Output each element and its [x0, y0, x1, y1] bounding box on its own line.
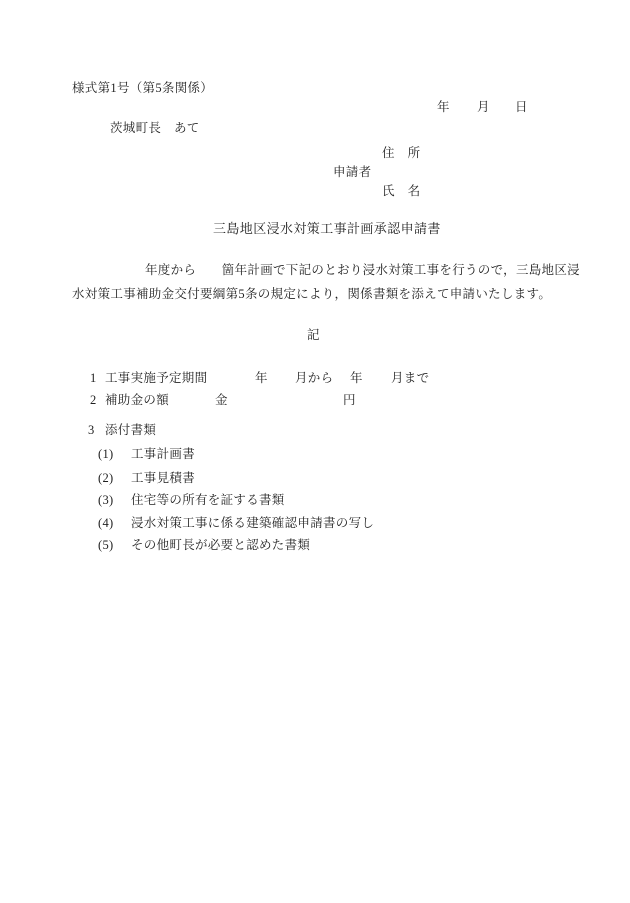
- item-2-yen-prefix-label: 金: [215, 393, 228, 407]
- attachment-2-text: 工事見積書: [131, 471, 195, 485]
- application-form-page: 様式第1号（第5条関係） 年 月 日 茨城町長 あて 住 所 申請者 氏 名 三…: [0, 0, 630, 903]
- page-title: 三島地区浸水対策工事計画承認申請書: [213, 222, 441, 237]
- item-3-label: 添付書類: [105, 423, 156, 437]
- attachment-1-text: 工事計画書: [131, 447, 195, 461]
- item-1-label: 工事実施予定期間: [105, 371, 207, 385]
- item-1-month-from-label: 月から: [295, 371, 333, 385]
- attachment-5-text: その他町長が必要と認めた書類: [131, 538, 310, 552]
- applicant-role-label: 申請者: [333, 165, 371, 179]
- attachment-5-number: (5): [98, 538, 113, 552]
- attachment-3-number: (3): [98, 493, 113, 507]
- date-month-label: 月: [477, 100, 490, 114]
- item-1-number: 1: [90, 371, 97, 385]
- item-1-month-to-label: 月まで: [391, 371, 429, 385]
- attachment-1-number: (1): [98, 447, 113, 461]
- addressee: 茨城町長 あて: [110, 121, 200, 135]
- item-2-number: 2: [90, 393, 97, 407]
- applicant-name-label: 氏 名: [382, 184, 420, 198]
- body-line-2: 水対策工事補助金交付要綱第5条の規定により，関係書類を添えて申請いたします。: [72, 287, 551, 301]
- applicant-address-label: 住 所: [382, 146, 420, 160]
- attachment-4-number: (4): [98, 516, 113, 530]
- item-2-yen-suffix-label: 円: [343, 393, 356, 407]
- body-line-1: 年度から 箇年計画で下記のとおり浸水対策工事を行うので，三島地区浸: [145, 263, 580, 277]
- item-2-label: 補助金の額: [105, 393, 169, 407]
- record-marker: 記: [307, 328, 320, 342]
- attachment-4-text: 浸水対策工事に係る建築確認申請書の写し: [131, 516, 374, 530]
- item-3-number: 3: [88, 423, 95, 437]
- item-1-year-from-label: 年: [255, 371, 268, 385]
- date-day-label: 日: [515, 100, 528, 114]
- attachment-3-text: 住宅等の所有を証する書類: [131, 493, 285, 507]
- form-number: 様式第1号（第5条関係）: [72, 81, 213, 95]
- attachment-2-number: (2): [98, 471, 113, 485]
- date-year-label: 年: [437, 100, 450, 114]
- item-1-year-to-label: 年: [350, 371, 363, 385]
